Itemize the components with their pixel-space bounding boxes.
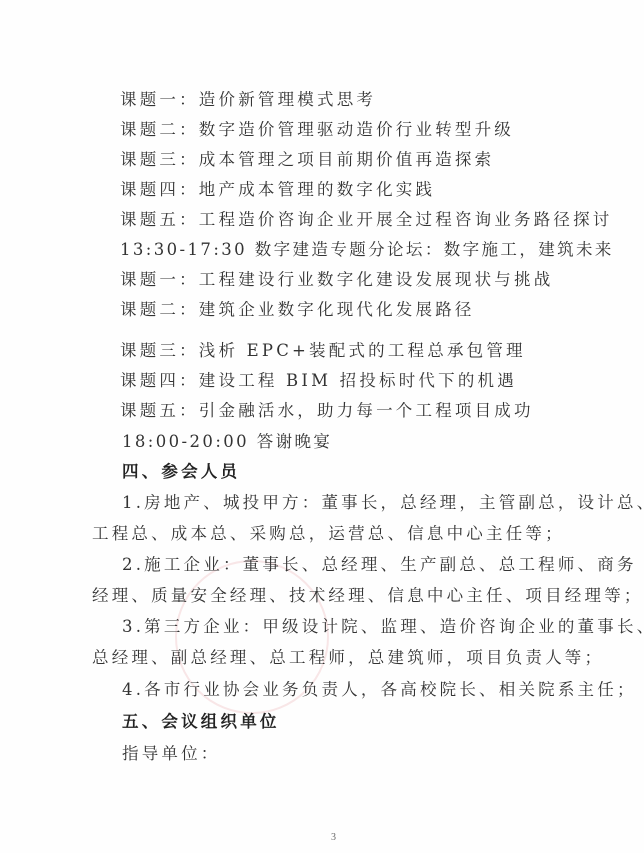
- topic-line: 课题三：浅析 EPC+装配式的工程总承包管理: [120, 341, 526, 361]
- attendee-item: 2.施工企业：董事长、总经理、生产副总、总工程师、商务: [122, 555, 637, 575]
- attendee-item: 1.房地产、城投甲方：董事长，总经理，主管副总，设计总、: [122, 493, 644, 513]
- topic-line: 课题三：成本管理之项目前期价值再造探索: [120, 150, 494, 170]
- topic-line: 课题四：地产成本管理的数字化实践: [120, 180, 435, 200]
- attendee-item-continued: 经理、质量安全经理、技术经理、信息中心主任、项目经理等；: [92, 586, 644, 606]
- document-page: 课题一：造价新管理模式思考 课题二：数字造价管理驱动造价行业转型升级 课题三：成…: [0, 0, 644, 853]
- attendee-item: 3.第三方企业：甲级设计院、监理、造价咨询企业的董事长、: [122, 617, 644, 637]
- attendee-item-continued: 总经理、副总经理、总工程师，总建筑师，项目负责人等；: [92, 648, 604, 668]
- topic-line: 课题一：工程建设行业数字化建设发展现状与挑战: [120, 270, 553, 290]
- dinner-time-line: 18:00-20:00 答谢晚宴: [122, 432, 332, 452]
- topic-line: 课题五：工程造价咨询企业开展全过程咨询业务路径探讨: [120, 210, 613, 230]
- section-heading-organizers: 五、会议组织单位: [122, 712, 280, 732]
- topic-line: 课题四：建设工程 BIM 招投标时代下的机遇: [120, 371, 517, 391]
- page-number: 3: [331, 832, 336, 843]
- topic-line: 课题五：引金融活水，助力每一个工程项目成功: [120, 401, 534, 421]
- topic-line: 课题一：造价新管理模式思考: [120, 90, 376, 110]
- topic-line: 课题二：数字造价管理驱动造价行业转型升级: [120, 120, 514, 140]
- attendee-item-continued: 工程总、成本总、采购总，运营总、信息中心主任等；: [92, 524, 565, 544]
- guiding-unit-label: 指导单位：: [122, 744, 221, 764]
- attendee-item: 4.各市行业协会业务负责人，各高校院长、相关院系主任；: [122, 680, 637, 700]
- section-heading-attendees: 四、参会人员: [122, 462, 240, 482]
- session-time-line: 13:30-17:30 数字建造专题分论坛：数字施工，建筑未来: [120, 240, 614, 260]
- topic-line: 课题二：建筑企业数字化现代化发展路径: [120, 300, 475, 320]
